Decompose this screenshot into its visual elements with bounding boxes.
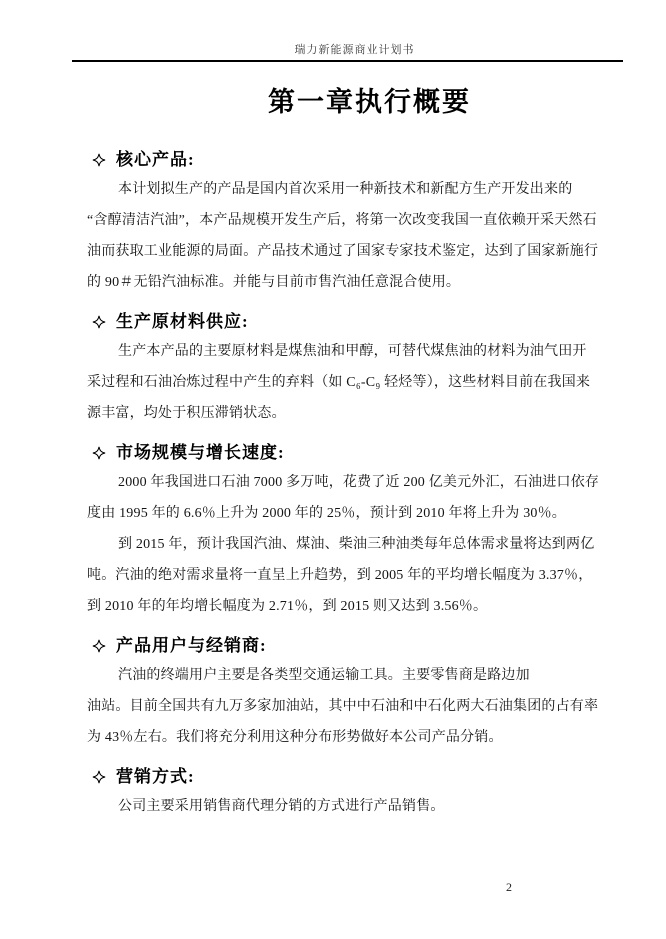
section-heading: 市场规模与增长速度: xyxy=(87,441,622,465)
paragraph: 2000 年我国进口石油 7000 多万吨，花费了近 200 亿美元外汇，石油进… xyxy=(87,467,622,529)
paragraph-line: “含醇清洁汽油”，本产品规模开发生产后，将第一次改变我国一直依赖开采天然石 xyxy=(87,205,622,236)
section: 生产原材料供应: 生产本产品的主要原材料是煤焦油和甲醇，可替代煤焦油的材料为油气… xyxy=(87,310,622,429)
paragraph-line: 源丰富，均处于积压滞销状态。 xyxy=(87,398,622,429)
section-heading: 核心产品: xyxy=(87,148,622,172)
document-page: 瑞力新能源商业计划书 第一章执行概要 核心产品: 本计划拟生产的产品是国内首次采… xyxy=(0,0,666,939)
paragraph-line: 吨。汽油的绝对需求量将一直呈上升趋势，到 2005 年的平均增长幅度为 3.37… xyxy=(87,560,622,591)
paragraph-line: 公司主要采用销售商代理分销的方式进行产品销售。 xyxy=(87,791,622,822)
running-header: 瑞力新能源商业计划书 xyxy=(87,41,622,57)
four-pointed-diamond-star-icon xyxy=(92,639,106,653)
section-heading-text: 核心产品: xyxy=(116,148,195,172)
four-pointed-diamond-star-icon xyxy=(92,315,106,329)
paragraph-line: 度由 1995 年的 6.6％上升为 2000 年的 25％，预计到 2010 … xyxy=(87,498,622,529)
paragraph-line: 油站。目前全国共有九万多家加油站，其中中石油和中石化两大石油集团的占有率 xyxy=(87,691,622,722)
paragraph-line: 本计划拟生产的产品是国内首次采用一种新技术和新配方生产开发出来的 xyxy=(87,174,622,205)
paragraph-line: 到 2015 年，预计我国汽油、煤油、柴油三种油类每年总体需求量将达到两亿 xyxy=(87,529,622,560)
section: 核心产品: 本计划拟生产的产品是国内首次采用一种新技术和新配方生产开发出来的“含… xyxy=(87,148,622,298)
paragraph-line: 到 2010 年的年均增长幅度为 2.71％，到 2015 则又达到 3.56％… xyxy=(87,591,622,622)
paragraph: 汽油的终端用户主要是各类型交通运输工具。主要零售商是路边加油站。目前全国共有九万… xyxy=(87,660,622,753)
section-heading-text: 市场规模与增长速度: xyxy=(116,441,285,465)
section-heading: 产品用户与经销商: xyxy=(87,634,622,658)
paragraph-line: 为 43％左右。我们将充分利用这种分布形势做好本公司产品分销。 xyxy=(87,722,622,753)
paragraph-line: 生产本产品的主要原材料是煤焦油和甲醇，可替代煤焦油的材料为油气田开 xyxy=(87,336,622,367)
paragraph: 本计划拟生产的产品是国内首次采用一种新技术和新配方生产开发出来的“含醇清洁汽油”… xyxy=(87,174,622,298)
paragraph-line: 汽油的终端用户主要是各类型交通运输工具。主要零售商是路边加 xyxy=(87,660,622,691)
chapter-title: 第一章执行概要 xyxy=(87,80,622,119)
four-pointed-diamond-star-icon xyxy=(92,446,106,460)
paragraph-line: 油而获取工业能源的局面。产品技术通过了国家专家技术鉴定，达到了国家新施行 xyxy=(87,236,622,267)
section: 产品用户与经销商: 汽油的终端用户主要是各类型交通运输工具。主要零售商是路边加油… xyxy=(87,634,622,753)
paragraph: 到 2015 年，预计我国汽油、煤油、柴油三种油类每年总体需求量将达到两亿吨。汽… xyxy=(87,529,622,622)
header-rule xyxy=(72,60,623,62)
page-number: 2 xyxy=(498,880,520,895)
paragraph: 公司主要采用销售商代理分销的方式进行产品销售。 xyxy=(87,791,622,822)
paragraph-line: 采过程和石油冶炼过程中产生的弃料（如 C₆-C₉ 轻烃等），这些材料目前在我国来 xyxy=(87,367,622,398)
paragraph-line: 的 90＃无铅汽油标准。并能与目前市售汽油任意混合使用。 xyxy=(87,267,622,298)
section: 市场规模与增长速度: 2000 年我国进口石油 7000 多万吨，花费了近 20… xyxy=(87,441,622,622)
section-heading: 营销方式: xyxy=(87,765,622,789)
document-body: 核心产品: 本计划拟生产的产品是国内首次采用一种新技术和新配方生产开发出来的“含… xyxy=(87,136,622,822)
section-heading-text: 产品用户与经销商: xyxy=(116,634,267,658)
paragraph-line: 2000 年我国进口石油 7000 多万吨，花费了近 200 亿美元外汇，石油进… xyxy=(87,467,622,498)
four-pointed-diamond-star-icon xyxy=(92,153,106,167)
section-heading-text: 生产原材料供应: xyxy=(116,310,249,334)
section: 营销方式: 公司主要采用销售商代理分销的方式进行产品销售。 xyxy=(87,765,622,822)
section-heading: 生产原材料供应: xyxy=(87,310,622,334)
paragraph: 生产本产品的主要原材料是煤焦油和甲醇，可替代煤焦油的材料为油气田开采过程和石油冶… xyxy=(87,336,622,429)
section-heading-text: 营销方式: xyxy=(116,765,195,789)
four-pointed-diamond-star-icon xyxy=(92,770,106,784)
